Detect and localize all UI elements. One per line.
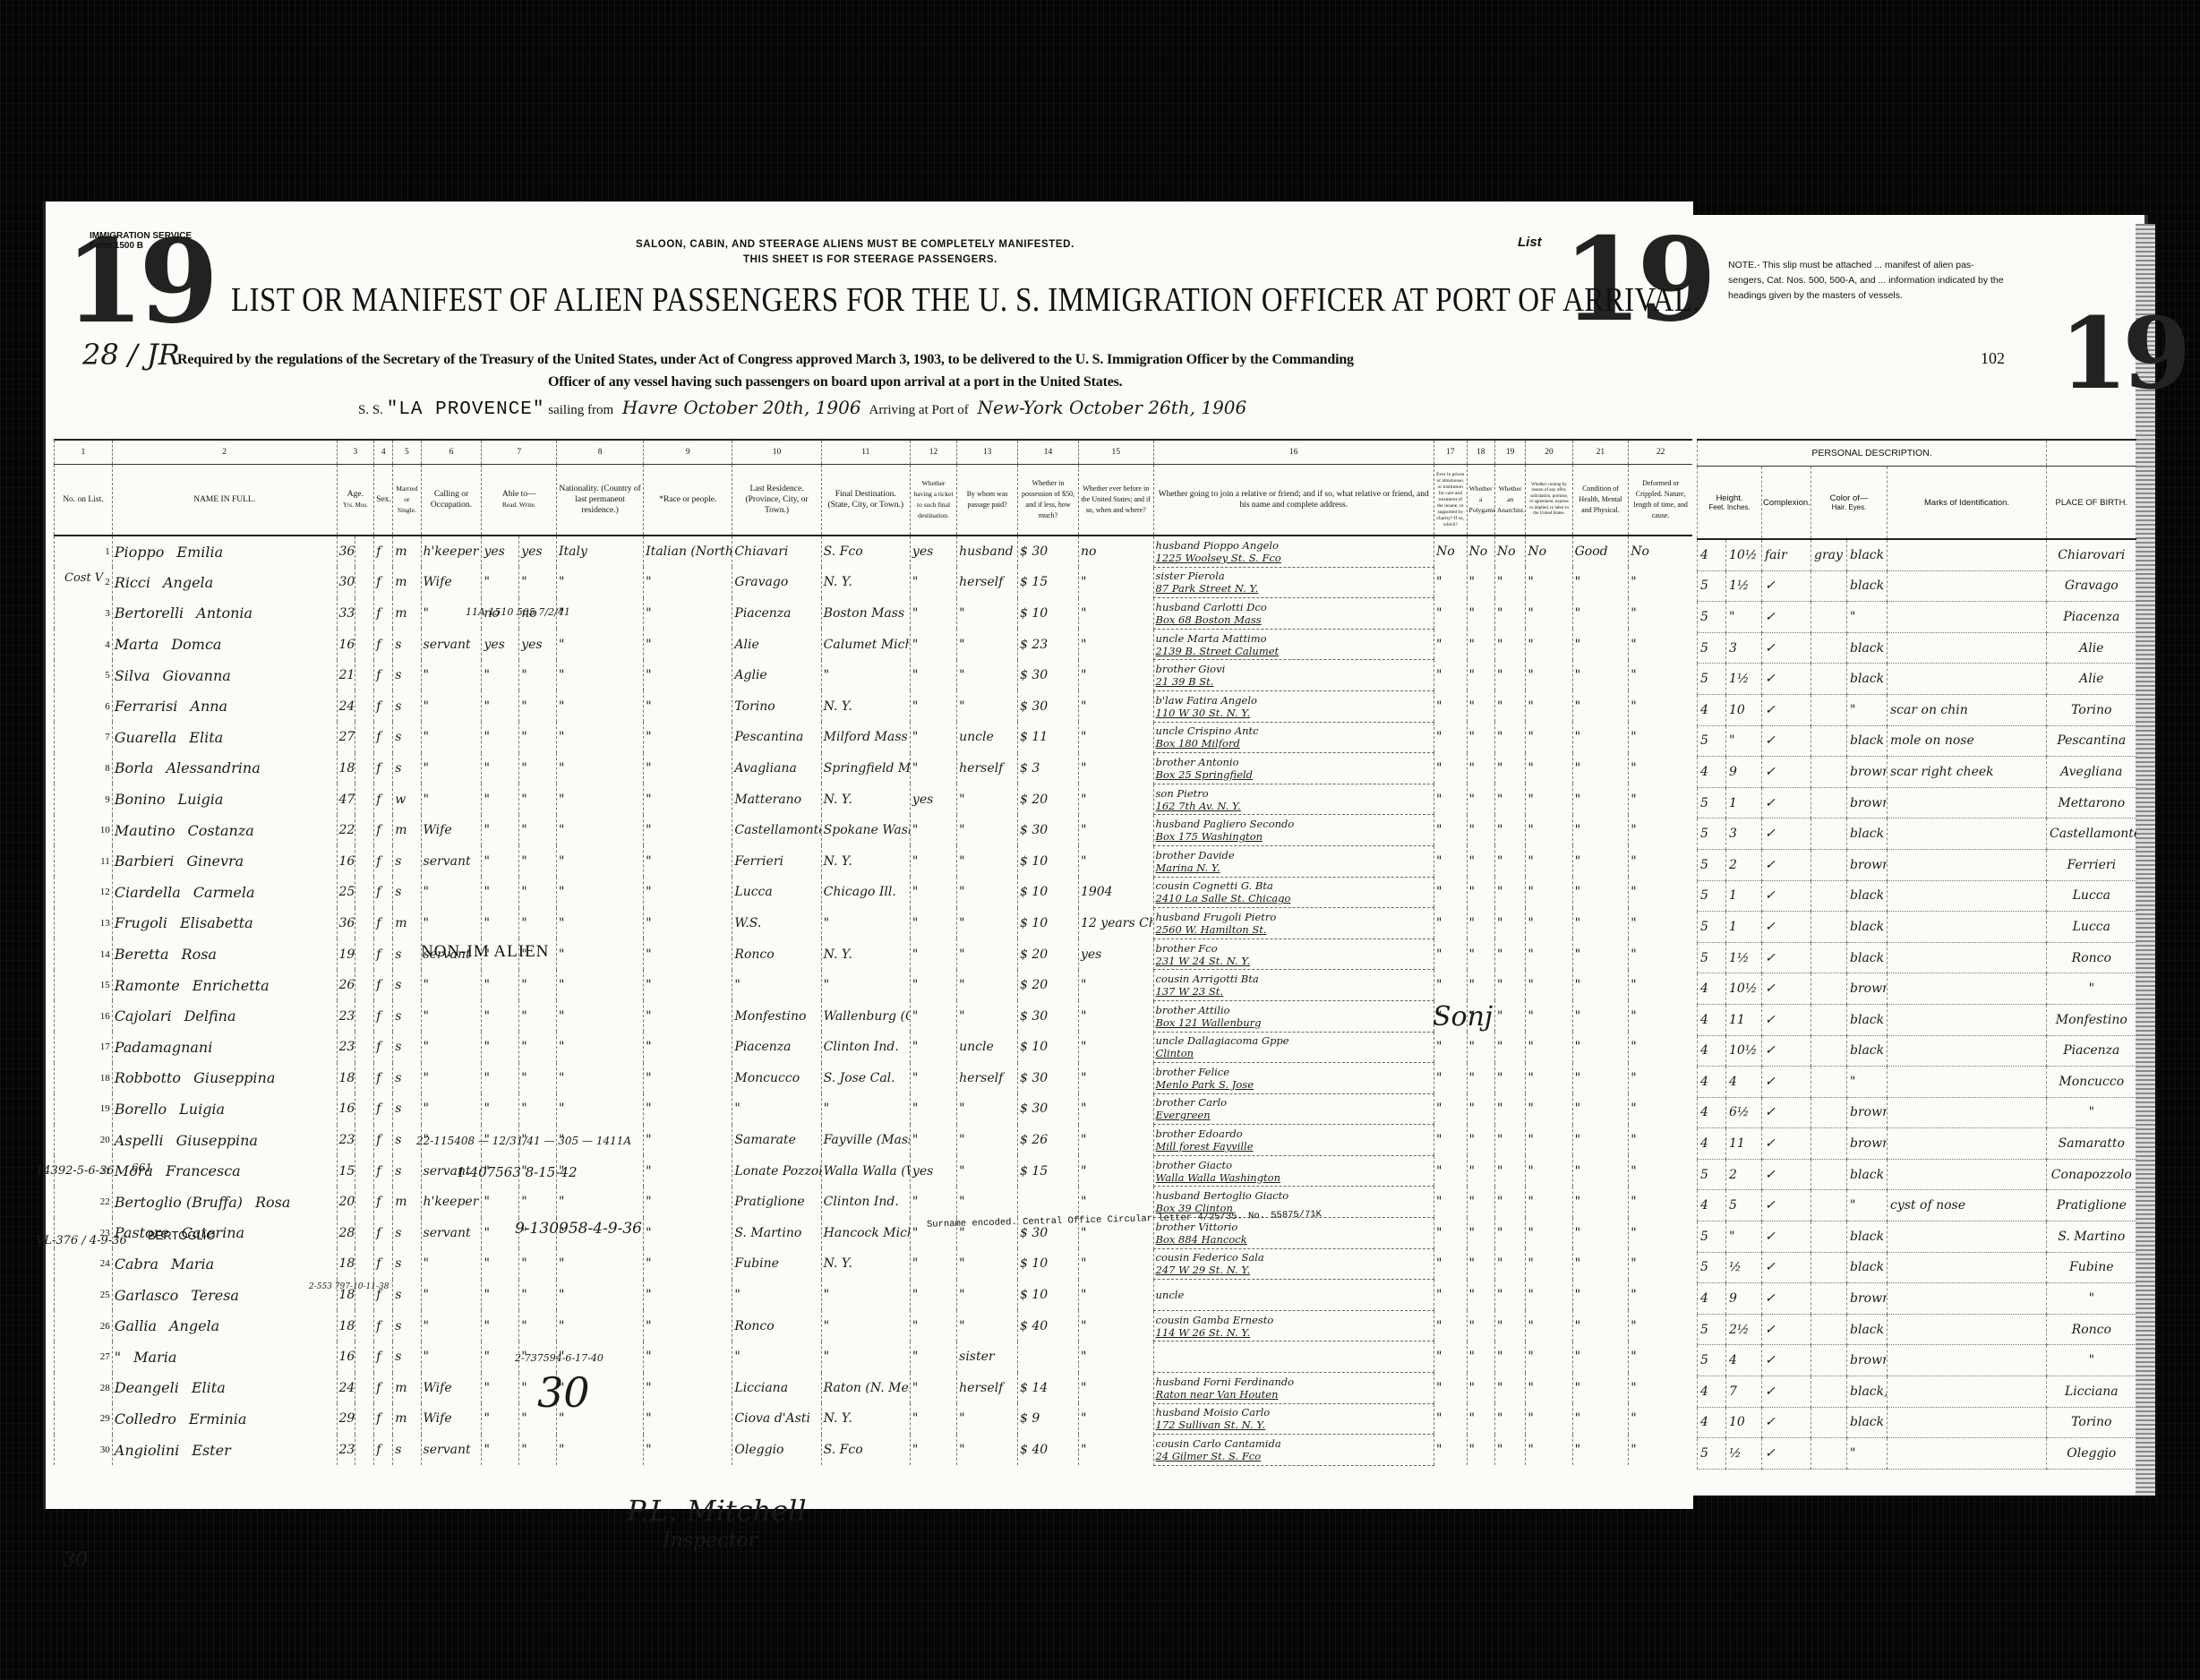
passenger-relative-friend: brother AttilioBox 121 Wallenburg [1153,1000,1434,1032]
eye-color: black [1847,1252,1888,1283]
table-row: 5½✓blackFubine [1698,1252,2136,1283]
passenger-nationality: " [557,629,644,660]
passenger-sex: f [374,722,393,753]
passenger-polygamist: " [1467,1155,1494,1187]
passenger-relative-friend: brother FeliceMenlo Park S. Jose [1153,1063,1434,1094]
passenger-prison: " [1434,1435,1467,1466]
hair-color [1811,942,1847,973]
hair-color [1811,1345,1847,1376]
passenger-deformed: " [1629,1280,1692,1311]
height-feet: 5 [1698,942,1726,973]
passenger-last-residence: Ferrieri [732,845,821,877]
passenger-final-destination: " [821,970,910,1001]
passenger-prison: " [1434,939,1467,970]
passenger-money [1018,1187,1079,1218]
passenger-can-write: yes [519,536,557,567]
passenger-can-read: " [482,784,519,815]
identification-marks [1888,570,2047,602]
passenger-nationality: " [557,1093,644,1125]
identification-marks [1888,1314,2047,1345]
passenger-race: " [644,1125,732,1156]
arriving-label: Arriving at Port of [869,403,969,417]
col-num-9: 9 [644,440,732,465]
passenger-can-write: " [519,1280,557,1311]
place-of-birth: Licciana [2047,1376,2136,1408]
eye-color: black [1847,819,1888,850]
passenger-number: 13 [55,908,113,939]
given-name: Anna [190,698,227,715]
passenger-health: " [1572,1125,1629,1156]
eye-color: brown auburn [1847,1345,1888,1376]
identification-marks [1888,1376,2047,1408]
place-of-birth: Ronco [2047,942,2136,973]
passenger-relative-friend: husband Moisio Carlo172 Sullivan St. N. … [1153,1403,1434,1435]
passenger-age: 16 [337,1093,355,1125]
signature-name: P.L. Mitchell [627,1496,807,1526]
surname: Mautino [115,822,175,839]
passenger-polygamist: " [1467,908,1494,939]
passenger-before-in-us: " [1078,1125,1153,1156]
height-feet: 5 [1698,664,1726,695]
manifest-table: 1 2 3 4 5 6 7 8 9 10 11 12 13 14 15 16 1… [54,439,1692,1466]
header-name-in-full: NAME IN FULL. [112,465,337,536]
signature-title: Inspector [627,1526,807,1556]
passenger-labor-contract: " [1526,939,1572,970]
slip-note: NOTE.- This slip must be attached ... ma… [1728,258,2104,304]
given-name: Maria [171,1256,214,1273]
passenger-money: $ 40 [1018,1435,1079,1466]
passenger-anarchist: " [1494,660,1525,691]
given-name: Delfina [184,1007,236,1024]
passenger-polygamist: No [1467,536,1494,567]
slip-note-line-2: sengers, Cat. Nos. 500, 500-A, and ... i… [1728,273,2104,288]
handwritten-side-note: 28 / JR [82,336,180,373]
passenger-passage-paid-by: uncle [957,1032,1018,1063]
passenger-can-read: " [482,660,519,691]
passenger-prison: " [1434,690,1467,722]
passenger-age-months [355,970,374,1001]
passenger-labor-contract: " [1526,753,1572,784]
passenger-money: $ 20 [1018,784,1079,815]
passenger-before-in-us: " [1078,629,1153,660]
passenger-relative-friend: uncle Marta Mattimo2139 B. Street Calume… [1153,629,1434,660]
row19-annotation: 1-407563 8-15-42 [457,1164,578,1180]
passenger-anarchist: " [1494,1248,1525,1280]
passenger-can-read: " [482,753,519,784]
passenger-marital-status: s [393,753,421,784]
notice-line-2: THIS SHEET IS FOR STEERAGE PASSENGERS. [743,254,997,265]
complexion: ✓ [1762,880,1811,912]
given-name: Ester [192,1442,230,1459]
passenger-sex: f [374,908,393,939]
passenger-occupation: " [421,1248,482,1280]
passenger-prison: " [1434,598,1467,630]
surname: Borla [115,759,154,776]
passenger-last-residence: Castellamonte [732,815,821,846]
passenger-nationality: " [557,722,644,753]
passenger-relative-friend: brother Giovi21 39 B St. [1153,660,1434,691]
hair-color [1811,912,1847,943]
relative-address: 247 W 29 St. N. Y. [1156,1264,1432,1276]
passenger-money: $ 15 [1018,567,1079,598]
passenger-marital-status: s [393,1248,421,1280]
passenger-age-months [355,1155,374,1187]
passenger-last-residence: W.S. [732,908,821,939]
passenger-occupation: h'keeper [421,536,482,567]
regulation-line-1: Required by the regulations of the Secre… [177,352,1354,368]
passenger-before-in-us: " [1078,1093,1153,1125]
passenger-anarchist: " [1494,845,1525,877]
table-row: 1PioppoEmilia36fmh'keeperyesyesItalyItal… [55,536,1693,567]
passenger-before-in-us: " [1078,784,1153,815]
height-inches: 9 [1726,757,1762,788]
height-inches: 4 [1726,1345,1762,1376]
relative-name: brother Giovi [1156,663,1432,675]
passenger-prison: No [1434,536,1467,567]
table-row: 27"Maria16fs""""""""sister""""""" [55,1341,1693,1373]
passenger-last-residence: Piacenza [732,1032,821,1063]
passenger-labor-contract: " [1526,1310,1572,1341]
header-race: *Race or people. [644,465,732,536]
passenger-ticket: " [910,1341,956,1373]
passenger-money: $ 30 [1018,1000,1079,1032]
complexion: ✓ [1762,1345,1811,1376]
table-row: 3BertorelliAntonia33fm"nono""PiacenzaBos… [55,598,1693,630]
passenger-occupation: " [421,1280,482,1311]
passenger-sex: f [374,753,393,784]
col-num-11: 11 [821,440,910,465]
passenger-race: " [644,1218,732,1249]
eye-color: brown [1847,1128,1888,1160]
list-label: List [1518,235,1542,250]
passenger-labor-contract: " [1526,598,1572,630]
passenger-occupation: " [421,1093,482,1125]
passenger-passage-paid-by: " [957,690,1018,722]
passenger-health: " [1572,1403,1629,1435]
table-row: 410½✓blackPiacenza [1698,1035,2136,1067]
identification-marks [1888,787,2047,819]
personal-description-title: PERSONAL DESCRIPTION. [1698,440,2047,467]
hair-color [1811,694,1847,725]
passenger-name: CiardellaCarmela [112,877,337,908]
page-number: 102 [1981,349,2005,368]
header-height-label: Height. [1699,493,1760,503]
passenger-labor-contract: " [1526,660,1572,691]
passenger-polygamist: " [1467,567,1494,598]
header-age-mos: Mos. [355,501,368,509]
table-row: 7GuarellaElita27fs"""""PescantinaMilford… [55,722,1693,753]
passenger-sex: f [374,567,393,598]
passenger-money: $ 30 [1018,660,1079,691]
identification-marks [1888,1004,2047,1035]
passenger-deformed: " [1629,1341,1692,1373]
relative-name: brother Fco [1156,942,1432,955]
passenger-ticket: " [910,970,956,1001]
passenger-marital-status: w [393,784,421,815]
passenger-anarchist: " [1494,908,1525,939]
passenger-number: 7 [55,722,113,753]
passenger-deformed: " [1629,1032,1692,1063]
passenger-nationality: " [557,784,644,815]
col-num-21: 21 [1572,440,1629,465]
complexion: ✓ [1762,570,1811,602]
passenger-final-destination: N. Y. [821,939,910,970]
passenger-occupation: " [421,908,482,939]
eye-color: " [1847,694,1888,725]
relative-address: Box 175 Washington [1156,830,1432,843]
complexion: ✓ [1762,1067,1811,1098]
passenger-occupation: " [421,877,482,908]
eye-color: brown [1847,787,1888,819]
col-num-4: 4 [374,440,393,465]
passenger-final-destination: Clinton Ind. [821,1032,910,1063]
passenger-before-in-us: " [1078,845,1153,877]
relative-name: cousin Federico Sala [1156,1251,1432,1264]
passenger-age-months [355,815,374,846]
height-feet: 4 [1698,1283,1726,1315]
relative-address: Box 884 Hancock [1156,1233,1432,1246]
complexion: ✓ [1762,602,1811,633]
passenger-name: AspelliGiuseppina [112,1125,337,1156]
passenger-age: 20 [337,1187,355,1218]
identification-marks: scar right cheek [1888,757,2047,788]
passenger-occupation: " [421,660,482,691]
header-final-destination: Final Destination. (State, City, or Town… [821,465,910,536]
height-feet: 5 [1698,849,1726,880]
passenger-passage-paid-by: " [957,1155,1018,1187]
passenger-last-residence: Samarate [732,1125,821,1156]
passenger-race: " [644,1403,732,1435]
passenger-age: 36 [337,908,355,939]
header-before-in-us: Whether ever before in the United States… [1078,465,1153,536]
passenger-age: 24 [337,1373,355,1404]
eye-color: black [1847,664,1888,695]
surname: Guarella [115,729,177,746]
table-row: 45✓"cyst of nosePratiglione [1698,1190,2136,1221]
passenger-last-residence: Pratiglione [732,1187,821,1218]
passenger-occupation: Wife [421,815,482,846]
passenger-health: " [1572,690,1629,722]
passenger-sex: f [374,1218,393,1249]
passenger-race: " [644,784,732,815]
table-row: 21MoraFrancesca15fsservant""""Lonate Poz… [55,1155,1693,1187]
passenger-race: " [644,1248,732,1280]
passenger-ticket: yes [910,784,956,815]
table-row: 51✓blackLucca [1698,912,2136,943]
hair-color: gray [1811,539,1847,570]
passenger-final-destination: N. Y. [821,567,910,598]
identification-marks [1888,1345,2047,1376]
passenger-anarchist: " [1494,722,1525,753]
personal-description-body: 410½fairgrayblackChiarovari51½✓blackGrav… [1698,539,2136,1469]
passenger-deformed: No [1629,536,1692,567]
identification-marks [1888,632,2047,664]
passenger-last-residence: " [732,1093,821,1125]
stamp-number-right: 19 [2059,296,2186,411]
table-row: 47✓black, brownLicciana [1698,1376,2136,1408]
passenger-health: " [1572,1187,1629,1218]
table-row: 17Padamagnani23fs"""""PiacenzaClinton In… [55,1032,1693,1063]
passenger-sex: f [374,1000,393,1032]
passenger-prison: " [1434,908,1467,939]
passenger-anarchist: " [1494,877,1525,908]
col-num-19: 19 [1494,440,1525,465]
passenger-sex: f [374,1125,393,1156]
given-name: Elisabetta [180,914,253,931]
header-age-yrs: Yrs. [343,501,354,509]
height-feet: 5 [1698,1221,1726,1253]
passenger-age: 18 [337,1248,355,1280]
passenger-name: PastoreCaterina [112,1218,337,1249]
table-row: 5½✓"Oleggio [1698,1438,2136,1470]
header-health: Condition of Health, Mental and Physical… [1572,465,1629,536]
header-color-of: Color of—Hair. Eyes. [1811,467,1888,540]
passenger-number: 5 [55,660,113,691]
passenger-occupation: servant [421,1218,482,1249]
passenger-polygamist: " [1467,1435,1494,1466]
relative-name: brother Felice [1156,1066,1432,1078]
complexion: fair [1762,539,1811,570]
passenger-can-write: " [519,908,557,939]
surname: Gallia [115,1317,157,1334]
passenger-money: $ 10 [1018,1280,1079,1311]
col-num-10: 10 [732,440,821,465]
relative-name: husband Paglierо Secondo [1156,818,1432,830]
passenger-health: " [1572,845,1629,877]
passenger-labor-contract: " [1526,629,1572,660]
passenger-nationality: " [557,1063,644,1094]
row3-annotation: 11A 1510 505 7/2/41 [466,606,570,618]
col-num-22: 22 [1629,440,1692,465]
table-row: 24CabraMaria18fs"""""FubineN. Y.""$ 10"c… [55,1248,1693,1280]
complexion: ✓ [1762,1407,1811,1438]
header-polygamist: Whether a Polygamist. [1467,465,1494,536]
eye-color: black, brown [1847,1376,1888,1408]
place-of-birth: Piacenza [2047,1035,2136,1067]
passenger-passage-paid-by: sister [957,1341,1018,1373]
passenger-name: RicciAngela [112,567,337,598]
passenger-prison: " [1434,1032,1467,1063]
relative-name: husband Forni Ferdinando [1156,1376,1432,1388]
table-row: 5"✓blackS. Martino [1698,1221,2136,1253]
height-feet: 5 [1698,819,1726,850]
surname: Bertorelli [115,604,184,621]
identification-marks [1888,1097,2047,1128]
identification-marks [1888,912,2047,943]
passenger-money: $ 30 [1018,536,1079,567]
given-name: Maria [133,1349,176,1366]
bottom-margin-note: 30 [63,1549,88,1572]
passenger-relative-friend: sister Pierola87 Park Street N. Y. [1153,567,1434,598]
passenger-can-write: yes [519,629,557,660]
passenger-prison: " [1434,1155,1467,1187]
passenger-can-write: " [519,690,557,722]
given-name: Enrichetta [193,977,270,994]
height-feet: 4 [1698,1035,1726,1067]
passenger-labor-contract: " [1526,1341,1572,1373]
table-row: 19BorelloLuigia16fs"""""""""$ 30"brother… [55,1093,1693,1125]
passenger-health: " [1572,1063,1629,1094]
passenger-race: Italian (North) [644,536,732,567]
complexion: ✓ [1762,1221,1811,1253]
passenger-labor-contract: " [1526,1155,1572,1187]
complexion: ✓ [1762,973,1811,1005]
passenger-can-read: yes [482,536,519,567]
header-hair: Hair. [1832,503,1846,511]
passenger-anarchist: " [1494,567,1525,598]
passenger-can-write: " [519,1032,557,1063]
row25-annotation: 2-737594-6-17-40 [515,1352,604,1364]
passenger-age-months [355,1373,374,1404]
passenger-occupation: " [421,1000,482,1032]
table-row: 410½✓brown auburn" [1698,973,2136,1005]
given-name: Luigia [178,791,224,808]
passenger-anarchist: " [1494,1435,1525,1466]
passenger-marital-status: m [393,567,421,598]
table-row: 9BoninoLuigia47fw"""""MatteranoN. Y.yes"… [55,784,1693,815]
passenger-name: MartaDomca [112,629,337,660]
passenger-deformed: " [1629,1373,1692,1404]
passenger-passage-paid-by: " [957,815,1018,846]
passenger-ticket: " [910,1093,956,1125]
passenger-name: RamonteEnrichetta [112,970,337,1001]
relative-name: b'law Fatira Angelo [1156,694,1432,707]
passenger-anarchist: " [1494,815,1525,846]
passenger-ticket: " [910,815,956,846]
hair-color [1811,1438,1847,1470]
passenger-relative-friend: uncle [1153,1280,1434,1311]
passenger-number: 11 [55,845,113,877]
passenger-age-months [355,690,374,722]
table-row: 410✓blackTorino [1698,1407,2136,1438]
passenger-health: " [1572,815,1629,846]
relative-name: cousin Gamba Ernesto [1156,1314,1432,1326]
passenger-can-read: " [482,877,519,908]
passenger-age: 24 [337,690,355,722]
passenger-relative-friend [1153,1341,1434,1373]
header-nationality: Nationality. (Country of last permanent … [557,465,644,536]
passenger-number: 20 [55,1125,113,1156]
passenger-sex: f [374,690,393,722]
hair-color [1811,1376,1847,1408]
passenger-before-in-us: " [1078,598,1153,630]
passenger-number: 8 [55,753,113,784]
table-row: 20AspelliGiuseppina23fs"""""SamarateFayv… [55,1125,1693,1156]
manifest-title: LIST OR MANIFEST OF ALIEN PASSENGERS FOR… [231,282,1700,321]
passenger-labor-contract: " [1526,877,1572,908]
given-name: Rosa [182,946,217,963]
passenger-age: 19 [337,939,355,970]
table-row: 15RamonteEnrichetta26fs"""""""""$ 20"cou… [55,970,1693,1001]
height-inches: 6½ [1726,1097,1762,1128]
given-name: Ginevra [186,853,244,870]
eye-color: black [1847,1159,1888,1190]
passenger-age-months [355,660,374,691]
passenger-final-destination: N. Y. [821,1248,910,1280]
passenger-name: BorlaAlessandrina [112,753,337,784]
passenger-before-in-us: " [1078,1280,1153,1311]
passenger-before-in-us: " [1078,722,1153,753]
height-inches: 2 [1726,849,1762,880]
passenger-before-in-us: no [1078,536,1153,567]
passenger-sex: f [374,1435,393,1466]
passenger-polygamist: " [1467,1341,1494,1373]
place-of-birth: " [2047,1097,2136,1128]
header-marks: Marks of Identification. [1888,467,2047,540]
passenger-age: 21 [337,660,355,691]
passenger-passage-paid-by: " [957,1310,1018,1341]
place-of-birth: Fubine [2047,1252,2136,1283]
